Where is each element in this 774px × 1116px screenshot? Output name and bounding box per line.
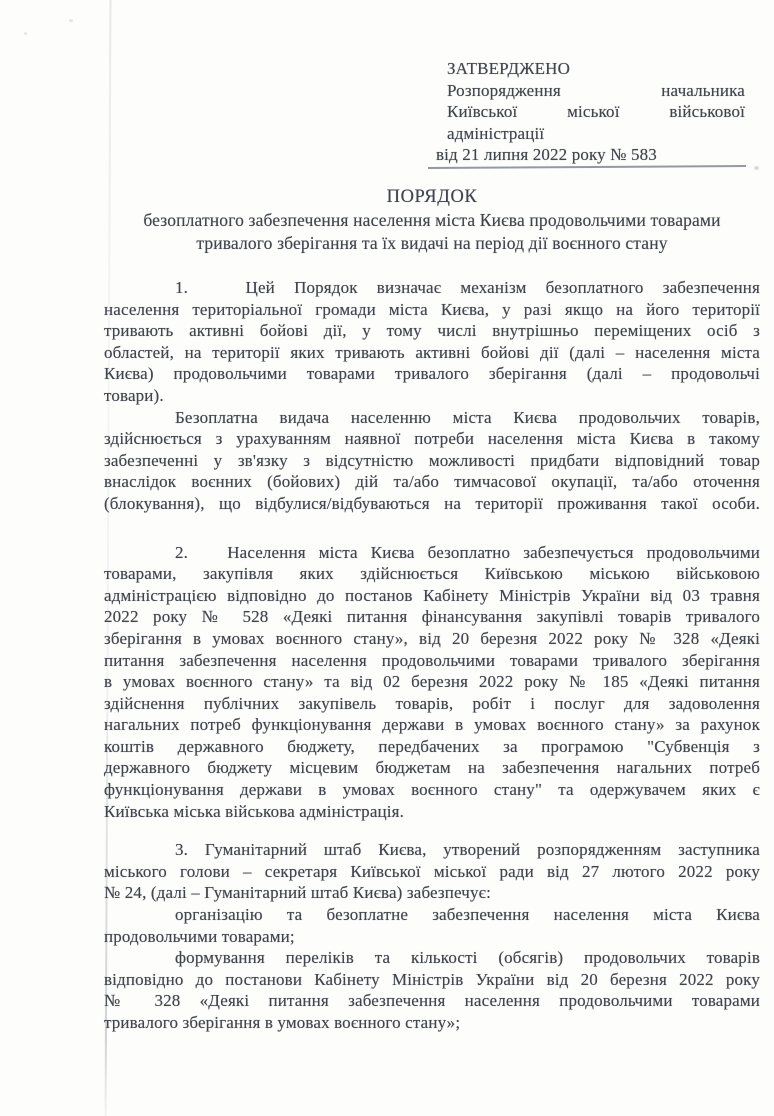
text-line: областей, на території яких тривають акт… <box>104 342 760 364</box>
approval-stamp-label: ЗАТВЕРДЖЕНО <box>447 58 745 80</box>
scan-speck <box>24 32 27 35</box>
text-line: організацію та безоплатне забезпечення н… <box>104 904 760 926</box>
text-line: забезпеченні у зв'язку з відсутністю мож… <box>104 450 760 472</box>
text-line: коштів державного бюджету, передбачених … <box>104 736 760 758</box>
text-line: № 24, (далі – Гуманітарний штаб Києва) з… <box>104 882 760 904</box>
document-title: ПОРЯДОК <box>96 186 768 209</box>
approval-date-line: від 21 липня 2022 року № 583 <box>436 144 745 166</box>
text-line: питання забезпечення населення продоволь… <box>104 650 760 672</box>
text-line: (блокування), що відбулися/відбуваються … <box>104 493 760 515</box>
text-line: Київська міська військова адміністрація. <box>104 801 760 823</box>
text-line: Безоплатна видача населенню міста Києва … <box>104 407 760 429</box>
text-line: 1. Цей Порядок визначає механізм безопла… <box>104 277 760 299</box>
title-block: ПОРЯДОК безоплатного забезпечення населе… <box>96 186 768 255</box>
text-line: тривалого зберігання в умовах воєнного с… <box>104 1012 760 1034</box>
text-line: відповідно до постанови Кабінету Міністр… <box>104 969 760 991</box>
approval-authority-line: Київської міської військової <box>447 101 745 123</box>
text-line: 2. Населення міста Києва безоплатно забе… <box>104 542 760 564</box>
text-line: адміністрацією відповідно до постанов Ка… <box>104 585 760 607</box>
scan-speck <box>754 166 759 170</box>
text-line: здійснення публічних закупівель товарів,… <box>104 693 760 715</box>
approval-order-line: Розпорядження начальника <box>447 80 745 102</box>
underline-rule <box>428 165 746 169</box>
scan-speck <box>69 19 73 22</box>
text-line: зберігання в умовах воєнного стану», від… <box>104 628 760 650</box>
paragraph-3-item-2: формування переліків та кількості (обсяг… <box>104 947 760 1033</box>
approval-block: ЗАТВЕРДЖЕНО Розпорядження начальника Киї… <box>447 58 745 166</box>
paragraph-2: 2. Населення міста Києва безоплатно забе… <box>104 542 760 823</box>
text-line: здійснюється з урахуванням наявної потре… <box>104 428 760 450</box>
document-subtitle-line: тривалого зберігання та їх видачі на пер… <box>96 232 768 255</box>
text-line: формування переліків та кількості (обсяг… <box>104 947 760 969</box>
text-line: 3. Гуманітарний штаб Києва, утворений ро… <box>104 839 760 861</box>
approval-authority-line: адміністрації <box>447 123 745 145</box>
document-subtitle-line: безоплатного забезпечення населення міст… <box>96 209 768 232</box>
paragraph-3: 3. Гуманітарний штаб Києва, утворений ро… <box>104 839 760 904</box>
text-line: функціонування держави в умовах воєнного… <box>104 779 760 801</box>
text-line: тривають активні бойові дії, у тому числ… <box>104 320 760 342</box>
text-line: товари). <box>104 385 760 407</box>
document-body: 1. Цей Порядок визначає механізм безопла… <box>104 277 760 1034</box>
text-line: Києва) продовольчими товарами тривалого … <box>104 363 760 385</box>
paragraph-3-item-1: організацію та безоплатне забезпечення н… <box>104 904 760 947</box>
text-line: продовольчими товарами; <box>104 926 760 948</box>
text-line: державного бюджету місцевим бюджетам на … <box>104 757 760 779</box>
text-line: 2022 року № 528 «Деякі питання фінансува… <box>104 606 760 628</box>
text-line: внаслідок воєнних (бойових) дій та/або т… <box>104 471 760 493</box>
text-line: товарами, закупівля яких здійснюється Ки… <box>104 563 760 585</box>
text-line: міського голови – секретаря Київської мі… <box>104 861 760 883</box>
paragraph-1: 1. Цей Порядок визначає механізм безопла… <box>104 277 760 407</box>
paragraph-1a: Безоплатна видача населенню міста Києва … <box>104 407 760 515</box>
scanned-document-page: ЗАТВЕРДЖЕНО Розпорядження начальника Киї… <box>0 0 774 1116</box>
text-line: в умовах воєнного стану» та від 02 берез… <box>104 671 760 693</box>
text-line: № 328 «Деякі питання забезпечення населе… <box>104 990 760 1012</box>
text-line: нагальних потреб функціонування держави … <box>104 714 760 736</box>
text-line: населення територіальної громади міста К… <box>104 299 760 321</box>
